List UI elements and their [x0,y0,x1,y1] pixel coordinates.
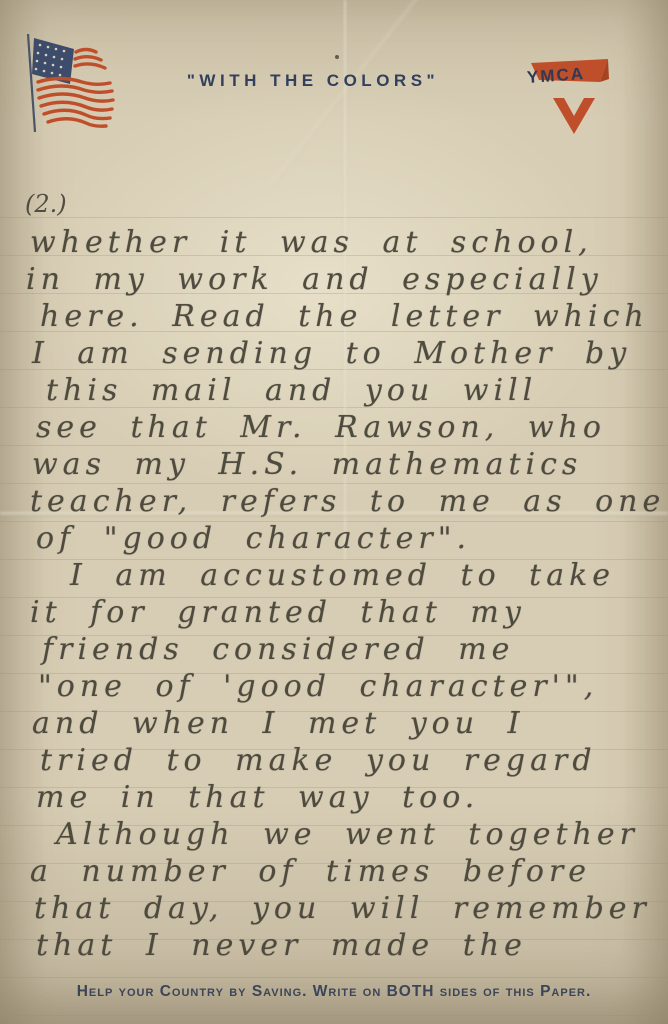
page-number: (2.) [25,190,67,218]
handwritten-line: friends considered me [42,631,666,668]
handwritten-line: this mail and you will [46,372,666,409]
handwritten-line: "one of 'good character'", [38,668,666,705]
handwritten-line: I am sending to Mother by [32,335,666,372]
footer-slogan: Help your Country by Saving. Write on BO… [0,983,668,1001]
handwritten-line: in my work and especially [26,261,666,298]
handwritten-body: whether it was at school, in my work and… [26,224,666,964]
handwritten-line: whether it was at school, [30,224,666,261]
handwritten-line: me in that way too. [36,779,666,816]
fold-crease-diagonal [270,0,432,187]
handwritten-line: was my H.S. mathematics [32,446,666,483]
handwritten-line: of "good character". [36,520,666,557]
handwritten-line: a number of times before [30,853,666,890]
ymca-wordmark: YMCA [526,64,585,88]
handwritten-line: that I never made the [36,927,666,964]
handwritten-line: see that Mr. Rawson, who [36,409,666,446]
ink-speck [335,55,339,59]
handwritten-line: it for granted that my [30,594,666,631]
handwritten-line: tried to make you regard [40,742,666,779]
handwritten-line: here. Read the letter which [40,298,666,335]
handwritten-line: and when I met you I [32,705,666,742]
letter-page: "WITH THE COLORS" YMCA (2.) whether it w… [0,0,668,1024]
ymca-logo: YMCA [522,56,614,140]
us-flag-icon [18,28,118,140]
handwritten-line: Although we went together [56,816,666,853]
letterhead-motto: "WITH THE COLORS" [153,71,473,91]
handwritten-line: teacher, refers to me as one [30,483,666,520]
handwritten-line: that day, you will remember [34,890,666,927]
handwritten-line: I am accustomed to take [70,557,666,594]
